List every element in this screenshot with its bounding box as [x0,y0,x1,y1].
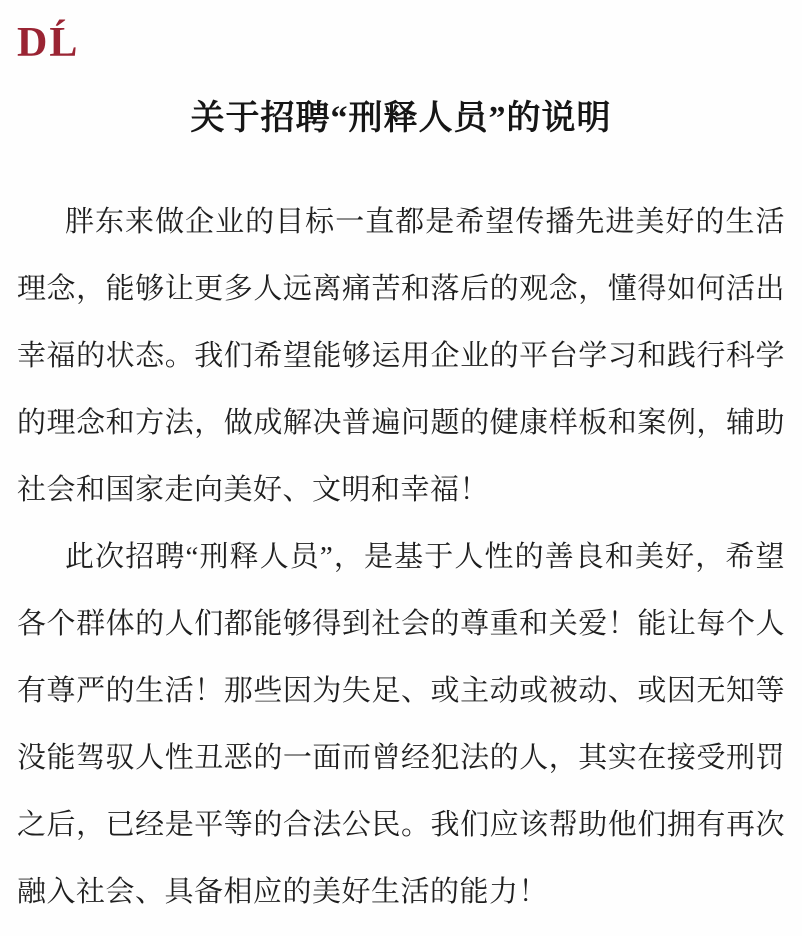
paragraph-2: 此次招聘“刑释人员”，是基于人性的善良和美好，希望各个群体的人们都能够得到社会的… [17,524,785,926]
document-title: 关于招聘“刑释人员”的说明 [17,98,785,141]
paragraph-1: 胖东来做企业的目标一直都是希望传播先进美好的生活理念，能够让更多人远离痛苦和落后… [17,189,785,524]
document-page: DĹ 关于招聘“刑释人员”的说明 胖东来做企业的目标一直都是希望传播先进美好的生… [0,0,802,936]
brand-logo: DĹ [17,22,79,64]
document-body: 胖东来做企业的目标一直都是希望传播先进美好的生活理念，能够让更多人远离痛苦和落后… [17,189,785,926]
